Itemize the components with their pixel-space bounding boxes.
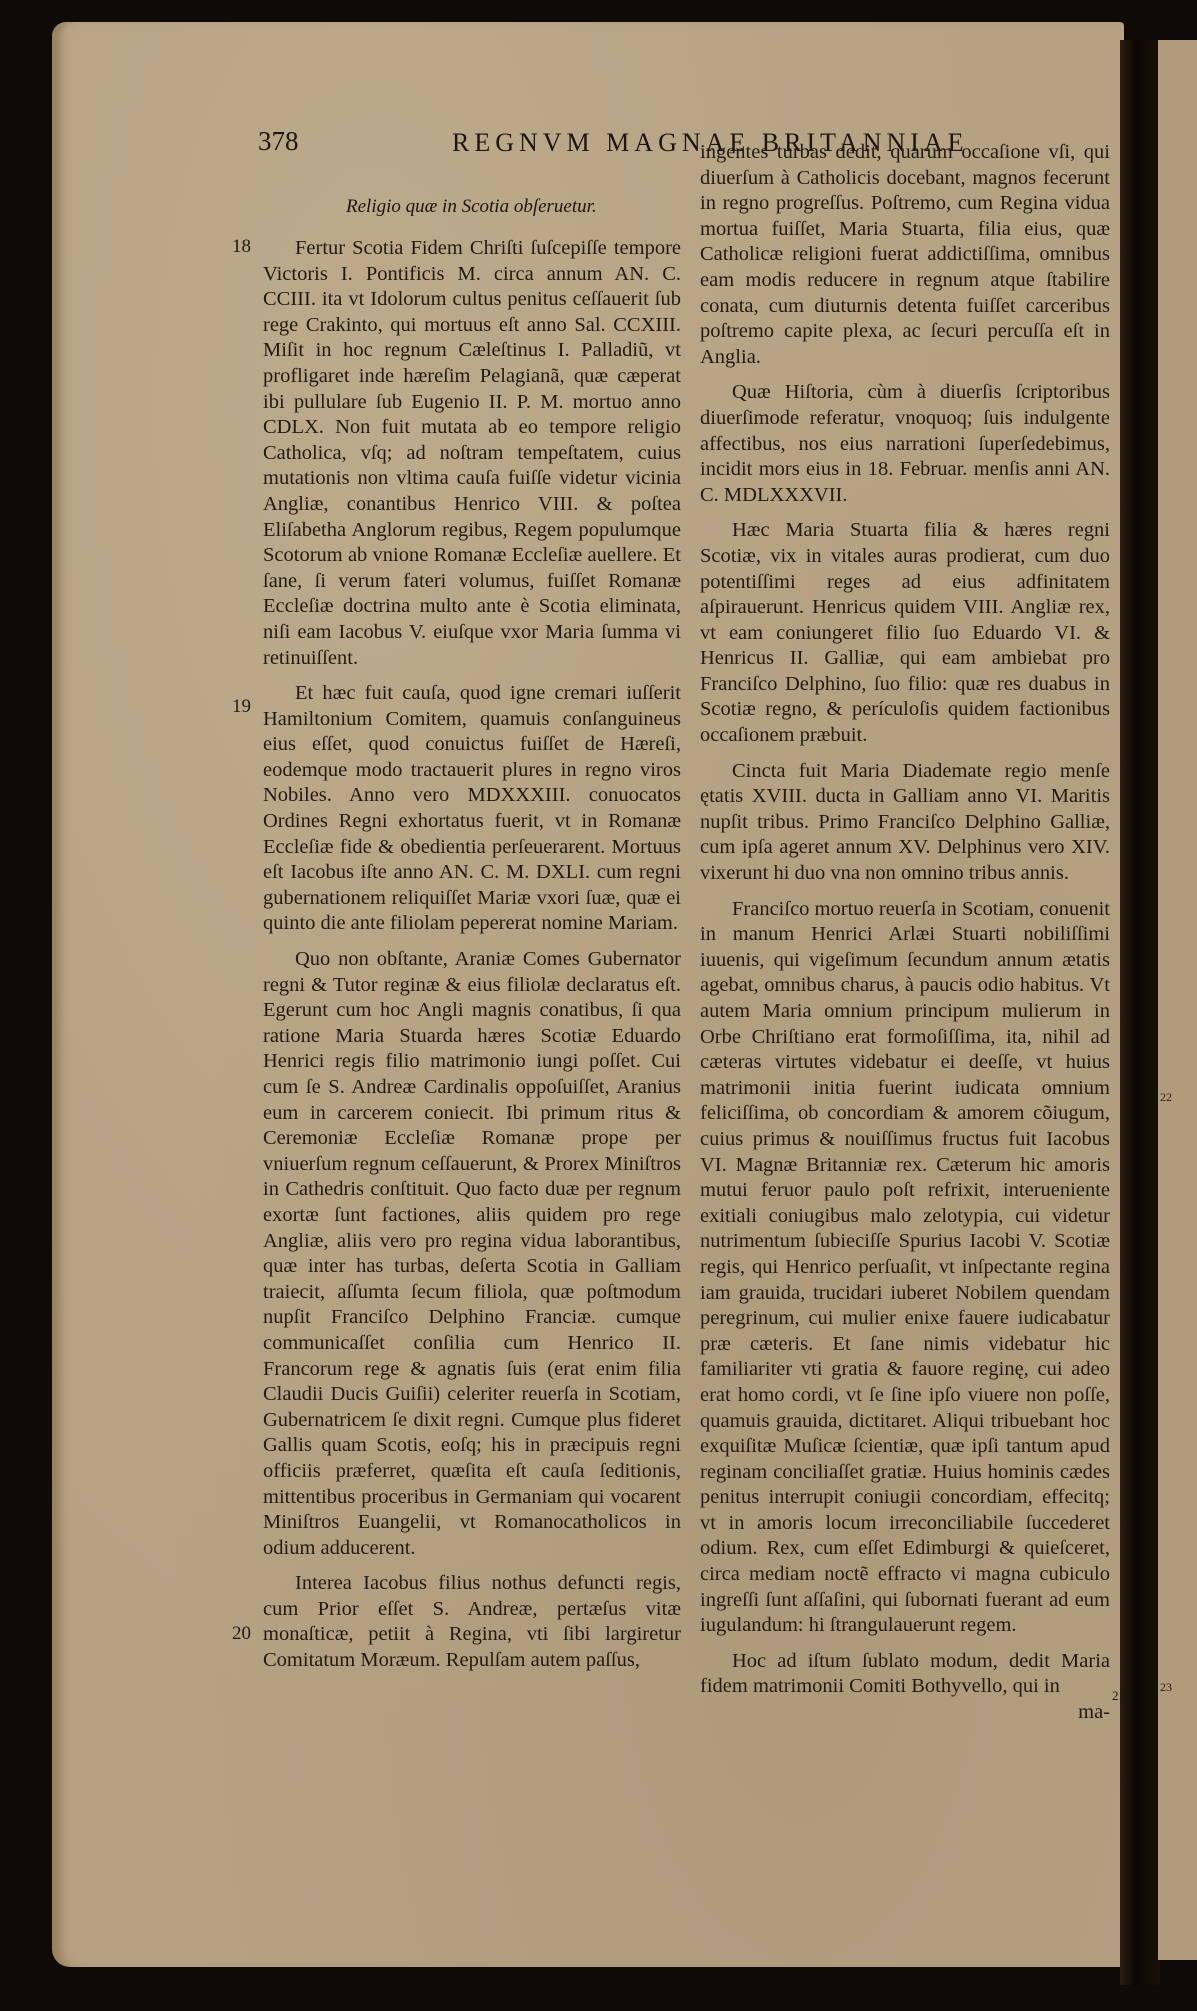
paragraph: Cincta fuit Maria Diademate regio menſe … <box>700 759 1110 887</box>
paragraph: ingentes turbas dedit, quarum occaſione … <box>700 140 1110 370</box>
facing-margin-number: 23 <box>1160 1680 1172 1695</box>
section-heading: Religio quæ in Scotia obſeruetur. <box>346 196 597 218</box>
paragraph: Fertur Scotia Fidem Chriſti ſuſcepiſſe t… <box>263 236 681 671</box>
catchword: ma- <box>700 1700 1110 1726</box>
facing-page-strip: 22 23 <box>1158 40 1197 1960</box>
margin-number: 18 <box>232 236 251 258</box>
left-column: Fertur Scotia Fidem Chriſti ſuſcepiſſe t… <box>263 236 681 1684</box>
margin-number: 21 <box>1112 1688 1125 1704</box>
paragraph: Hæc Maria Stuarta filia & hæres regni Sc… <box>700 518 1110 748</box>
paragraph: Hoc ad iſtum ſublato modum, dedit Maria … <box>700 1649 1110 1700</box>
paragraph: Et hæc fuit cauſa, quod igne cremari iuſ… <box>263 681 681 937</box>
facing-margin-number: 22 <box>1160 1090 1172 1105</box>
margin-number: 20 <box>232 1623 251 1645</box>
paragraph: Quo non obſtante, Araniæ Comes Gubernato… <box>263 947 681 1561</box>
margin-number: 19 <box>232 696 251 718</box>
book-gutter <box>1120 40 1160 1985</box>
page-number: 378 <box>258 126 299 157</box>
paragraph: Interea Iacobus filius nothus defuncti r… <box>263 1571 681 1673</box>
paragraph: Franciſco mortuo reuerſa in Scotiam, con… <box>700 897 1110 1639</box>
paragraph: Quæ Hiſtoria, cùm à diuerſis ſcriptoribu… <box>700 380 1110 508</box>
right-column: ingentes turbas dedit, quarum occaſione … <box>700 140 1110 1736</box>
